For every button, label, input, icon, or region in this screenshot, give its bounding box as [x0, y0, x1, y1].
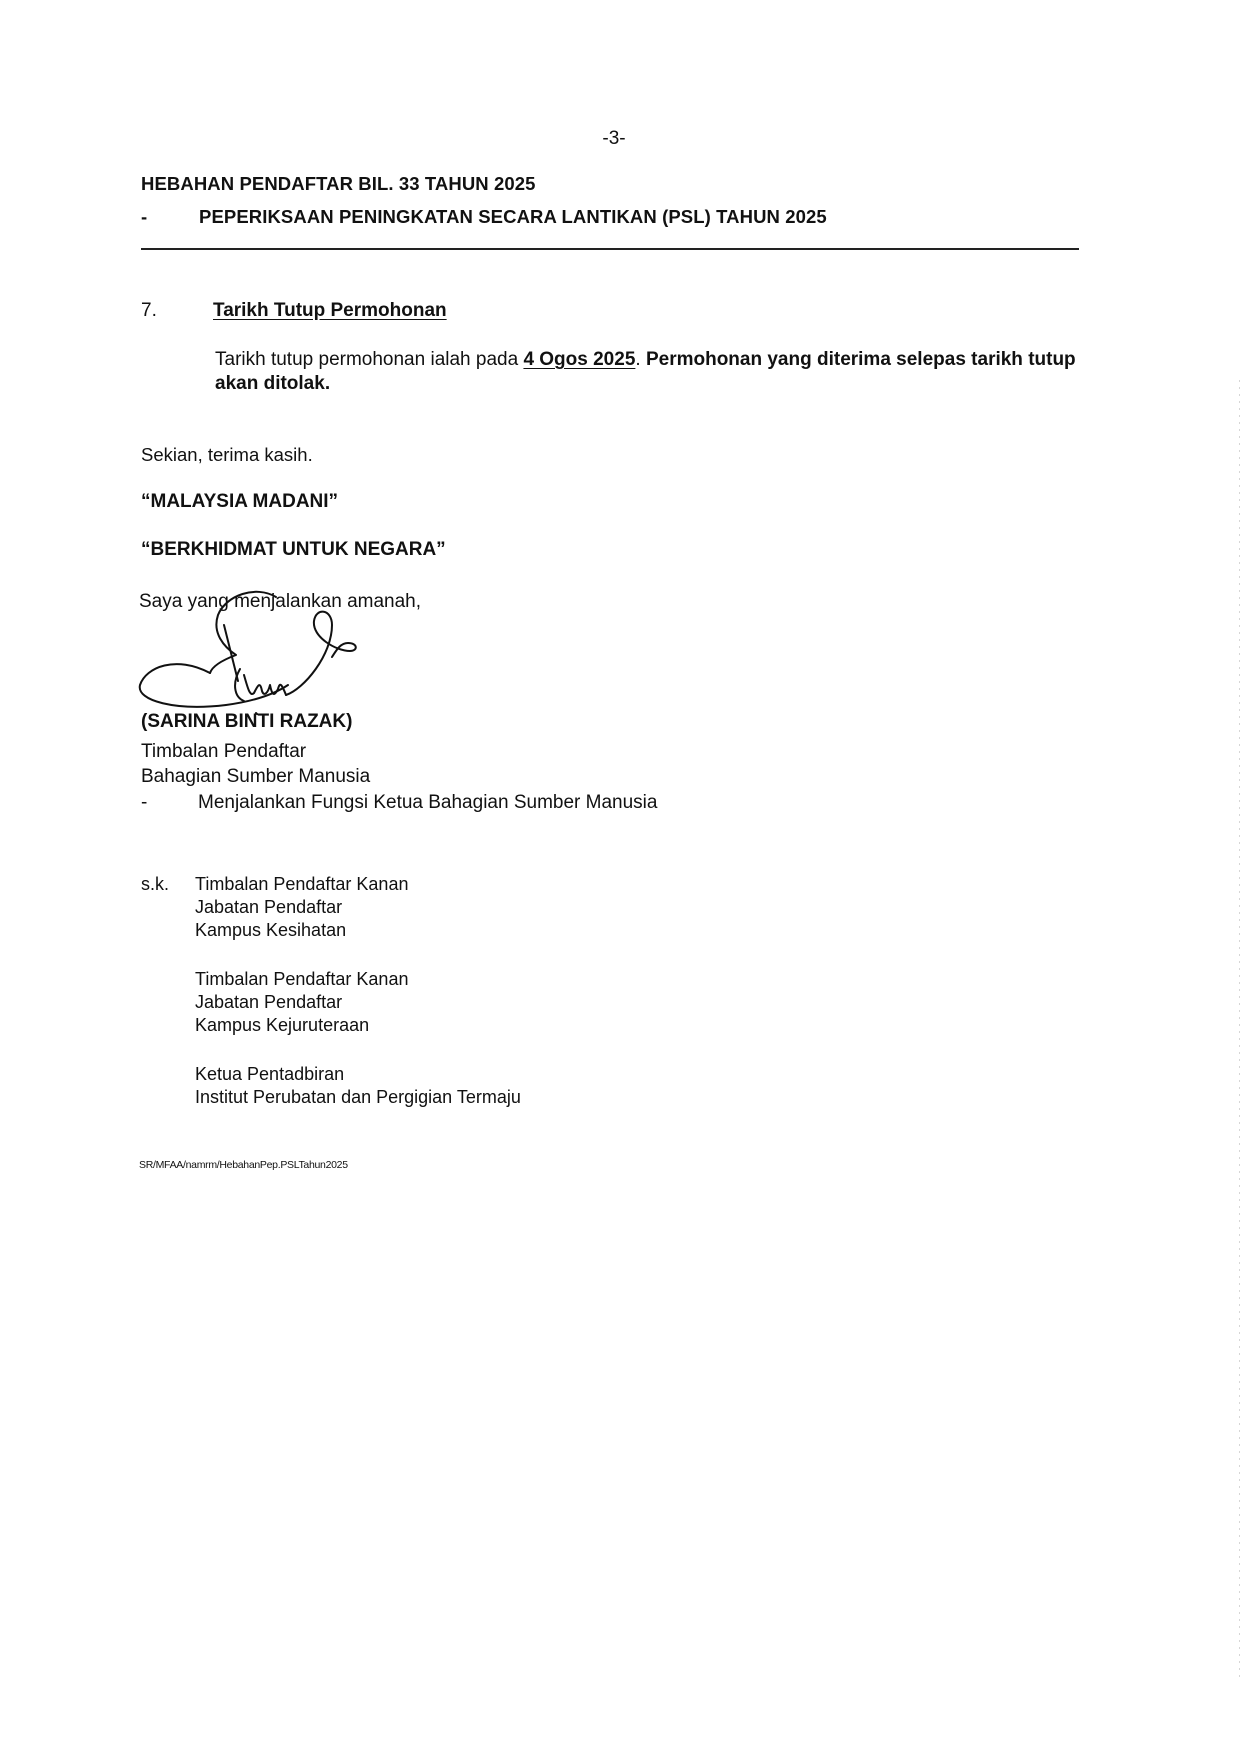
acting-role-dash: -	[141, 792, 147, 814]
document-title: HEBAHAN PENDAFTAR BIL. 33 TAHUN 2025	[141, 173, 536, 195]
scan-edge-artifact	[1239, 380, 1240, 1680]
signatory-acting-role: Menjalankan Fungsi Ketua Bahagian Sumber…	[198, 792, 657, 814]
signatory-department: Bahagian Sumber Manusia	[141, 766, 370, 788]
closing-date: 4 Ogos 2025	[523, 349, 635, 370]
cc-recipient-3-line-1: Ketua Pentadbiran	[195, 1064, 344, 1085]
section-title: Tarikh Tutup Permohonan	[213, 300, 447, 322]
paragraph-lead: Tarikh tutup permohonan ialah pada	[215, 349, 523, 370]
signatory-position: Timbalan Pendaftar	[141, 741, 306, 763]
slogan-malaysia-madani: “MALAYSIA MADANI”	[141, 491, 338, 513]
closing-thanks: Sekian, terima kasih.	[141, 444, 313, 466]
subtitle-dash: -	[141, 206, 147, 228]
slogan-berkhidmat: “BERKHIDMAT UNTUK NEGARA”	[141, 539, 446, 561]
page-number: -3-	[0, 128, 1228, 150]
document-subtitle: PEPERIKSAAN PENINGKATAN SECARA LANTIKAN …	[199, 206, 827, 228]
section-paragraph: Tarikh tutup permohonan ialah pada 4 Ogo…	[215, 348, 1095, 396]
signatory-name: (SARINA BINTI RAZAK)	[141, 711, 352, 733]
header-divider	[141, 248, 1079, 250]
section-number: 7.	[141, 300, 157, 322]
cc-recipient-1-line-2: Jabatan Pendaftar	[195, 897, 342, 918]
cc-recipient-2-line-3: Kampus Kejuruteraan	[195, 1015, 369, 1036]
cc-recipient-1-line-3: Kampus Kesihatan	[195, 920, 346, 941]
cc-recipient-1-line-1: Timbalan Pendaftar Kanan	[195, 874, 408, 895]
cc-recipient-2-line-2: Jabatan Pendaftar	[195, 992, 342, 1013]
cc-recipient-3-line-2: Institut Perubatan dan Pergigian Termaju	[195, 1087, 521, 1108]
paragraph-punct: .	[635, 349, 646, 370]
cc-label: s.k.	[141, 874, 169, 895]
file-reference: SR/MFAA/namrm/HebahanPep.PSLTahun2025	[139, 1159, 348, 1171]
handwritten-signature	[136, 585, 406, 715]
cc-recipient-2-line-1: Timbalan Pendaftar Kanan	[195, 969, 408, 990]
